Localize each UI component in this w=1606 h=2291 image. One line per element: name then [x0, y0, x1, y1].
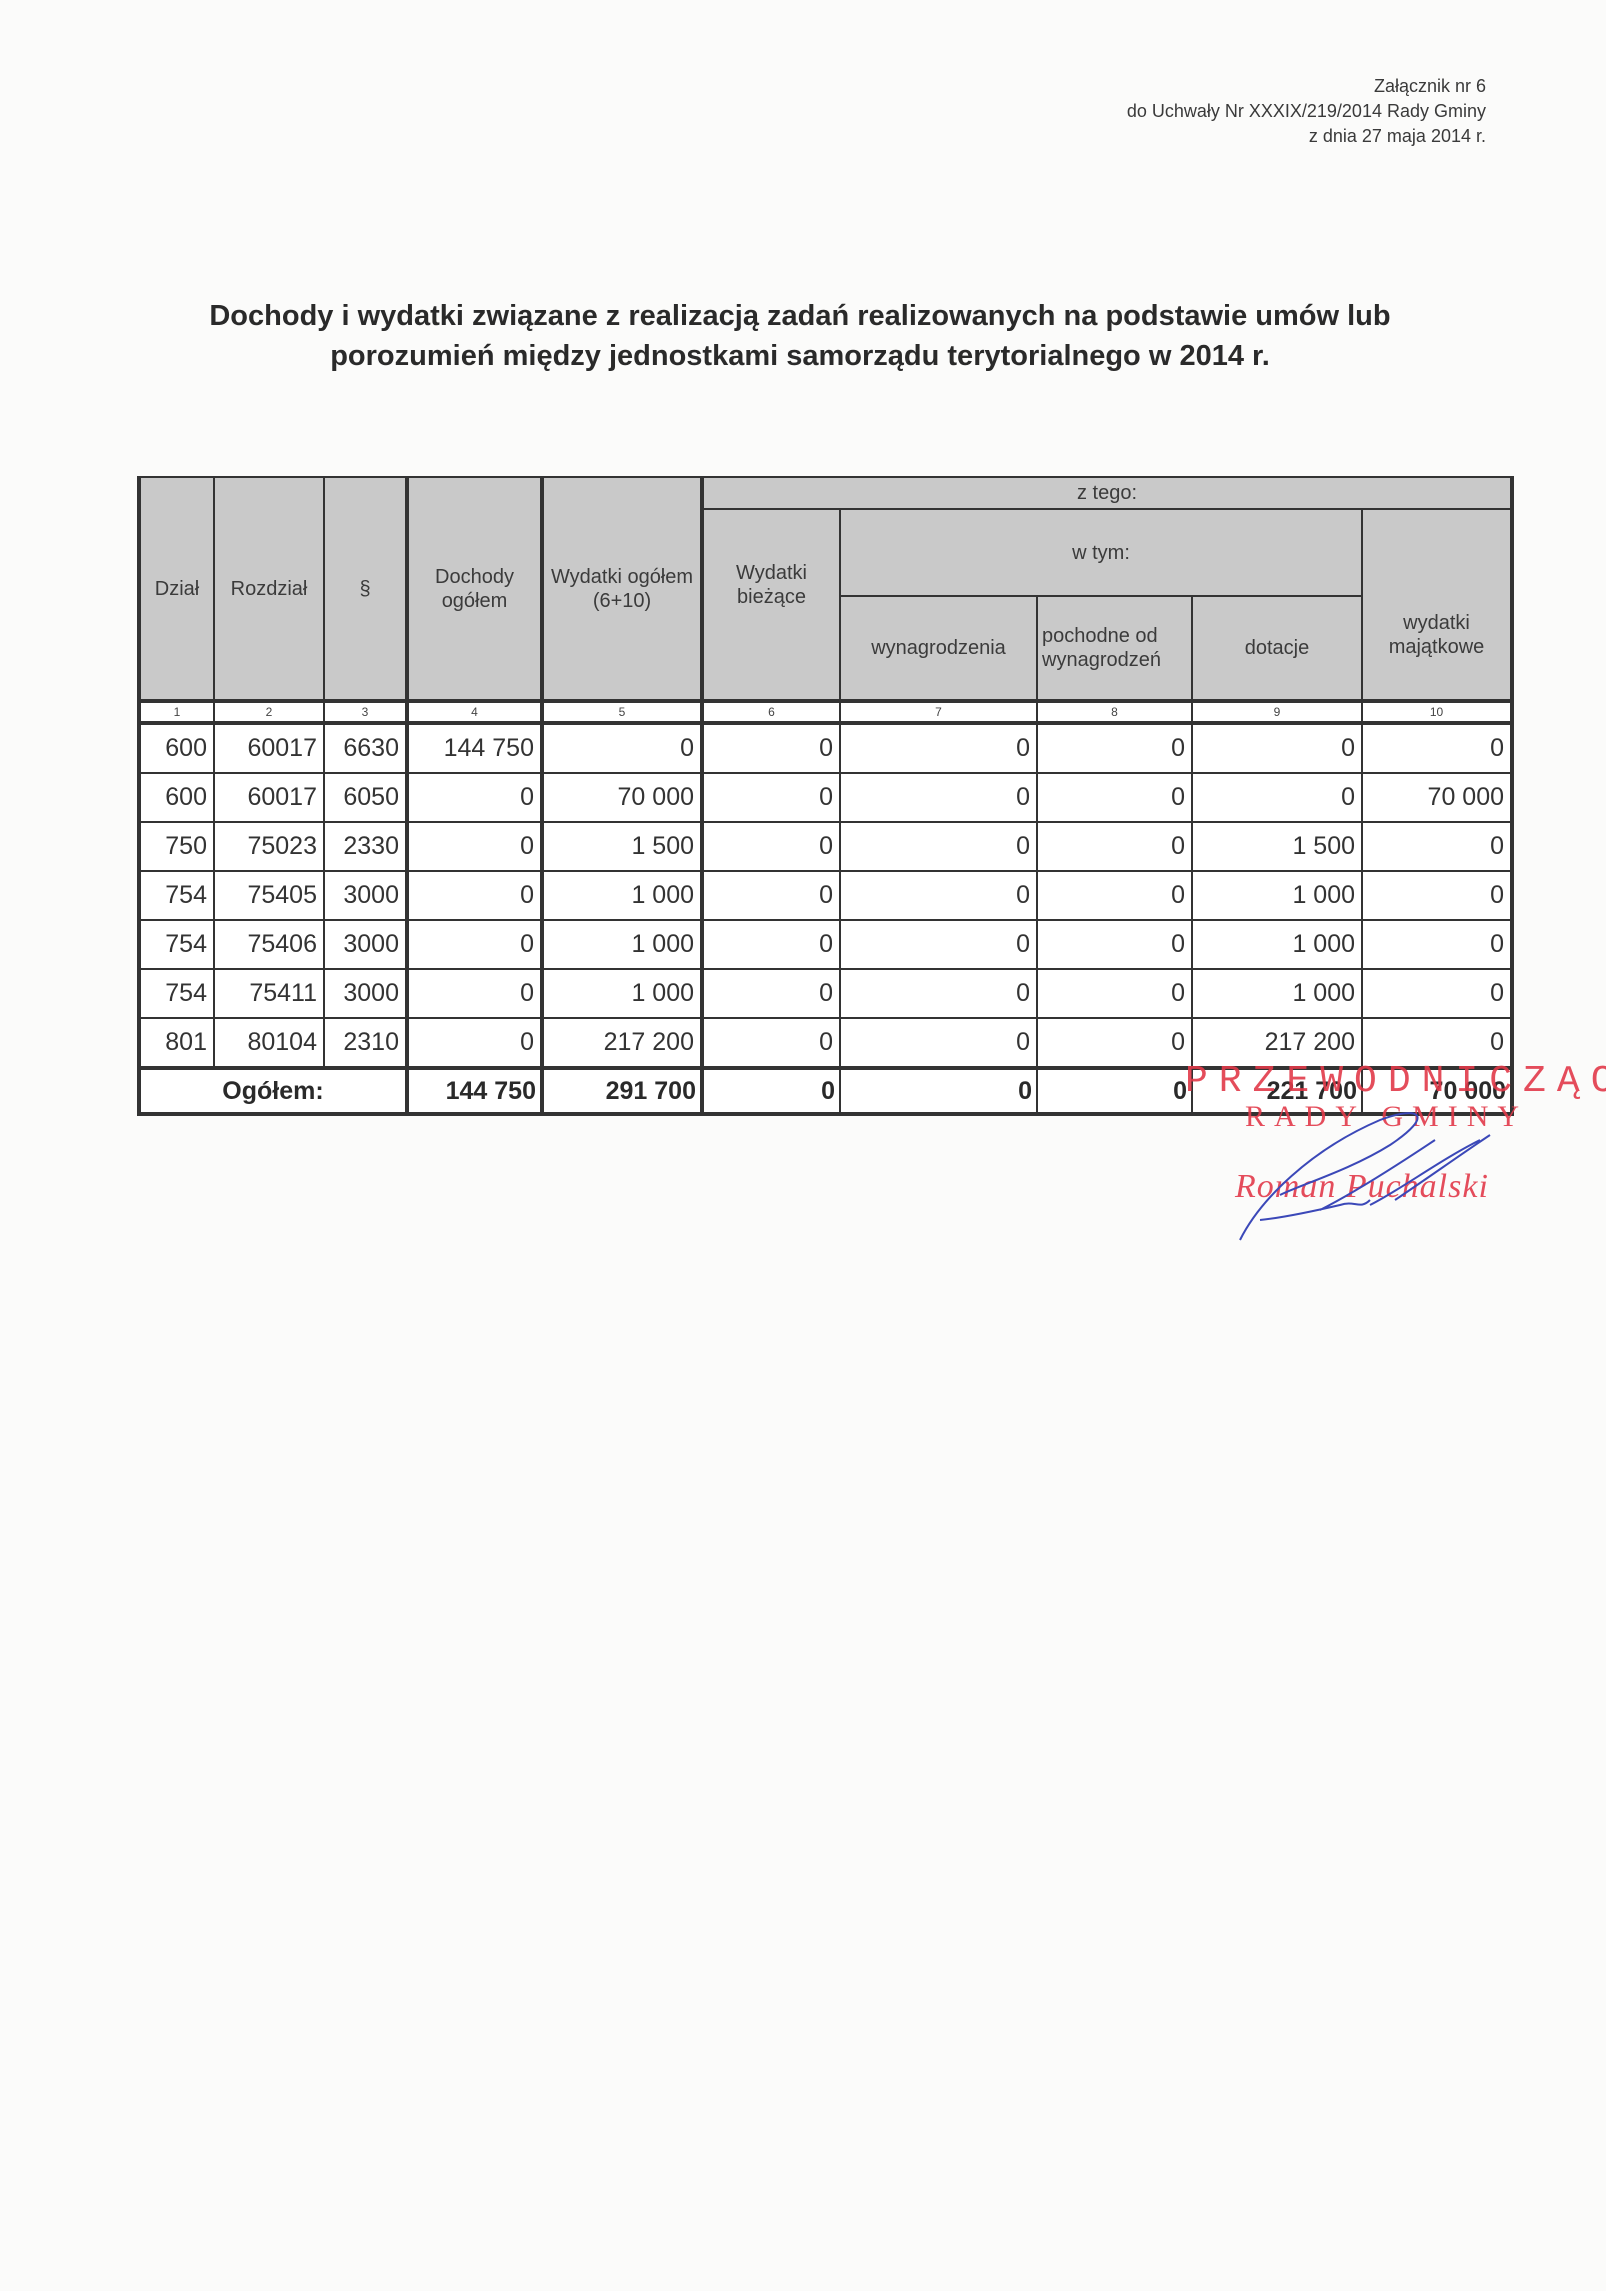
table-row: 75475411300001 0000001 0000: [139, 969, 1512, 1018]
table-cell: 0: [407, 1018, 542, 1068]
table-cell: 0: [702, 1018, 840, 1068]
table-cell: 3000: [324, 969, 407, 1018]
table-cell: 0: [1037, 871, 1192, 920]
header-paragraf: §: [324, 477, 407, 701]
table-cell: 0: [1362, 723, 1512, 773]
column-number: 9: [1192, 701, 1362, 723]
header-w-tym: w tym:: [840, 509, 1362, 596]
table-cell: 750: [139, 822, 214, 871]
column-number: 8: [1037, 701, 1192, 723]
header-dochody-ogolem: Dochody ogółem: [407, 477, 542, 701]
table-cell: 0: [1037, 969, 1192, 1018]
column-number: 3: [324, 701, 407, 723]
table-cell: 0: [840, 1018, 1037, 1068]
table-cell: 3000: [324, 871, 407, 920]
table-cell: 1 000: [1192, 920, 1362, 969]
table-cell: 0: [1192, 723, 1362, 773]
table-cell: 0: [1362, 822, 1512, 871]
table-cell: 1 000: [542, 969, 702, 1018]
table-row: 75475405300001 0000001 0000: [139, 871, 1512, 920]
table-cell: 600: [139, 723, 214, 773]
total-cell: 0: [1037, 1068, 1192, 1114]
table-cell: 600: [139, 773, 214, 822]
table-cell: 0: [840, 871, 1037, 920]
table-cell: 0: [1037, 1018, 1192, 1068]
table-cell: 0: [1362, 969, 1512, 1018]
table-cell: 6630: [324, 723, 407, 773]
table-cell: 754: [139, 871, 214, 920]
table-cell: 0: [1192, 773, 1362, 822]
column-number-row: 12345678910: [139, 701, 1512, 723]
table-cell: 6050: [324, 773, 407, 822]
title-line-2: porozumień między jednostkami samorządu …: [100, 336, 1500, 376]
header-rozdzial: Rozdział: [214, 477, 324, 701]
table-cell: 0: [407, 773, 542, 822]
table-cell: 60017: [214, 773, 324, 822]
column-number: 1: [139, 701, 214, 723]
annex-number: Załącznik nr 6: [1127, 74, 1486, 99]
table-cell: 754: [139, 969, 214, 1018]
table-cell: 70 000: [1362, 773, 1512, 822]
table-cell: 0: [1362, 920, 1512, 969]
column-number: 4: [407, 701, 542, 723]
table-cell: 0: [840, 773, 1037, 822]
header-wydatki-ogolem: Wydatki ogółem (6+10): [542, 477, 702, 701]
resolution-date: z dnia 27 maja 2014 r.: [1127, 124, 1486, 149]
total-cell: 291 700: [542, 1068, 702, 1114]
table-row: 600600176630144 750000000: [139, 723, 1512, 773]
table-cell: 80104: [214, 1018, 324, 1068]
table-cell: 1 000: [542, 871, 702, 920]
column-number: 7: [840, 701, 1037, 723]
table-cell: 3000: [324, 920, 407, 969]
table-row: 75475406300001 0000001 0000: [139, 920, 1512, 969]
column-number: 10: [1362, 701, 1512, 723]
header-z-tego: z tego:: [702, 477, 1512, 509]
table-cell: 0: [702, 920, 840, 969]
total-cell: 144 750: [407, 1068, 542, 1114]
total-cell: 0: [840, 1068, 1037, 1114]
stamp-title: PRZEWODNICZĄCY: [1185, 1060, 1606, 1103]
table-cell: 75406: [214, 920, 324, 969]
column-number: 5: [542, 701, 702, 723]
column-number: 6: [702, 701, 840, 723]
table-cell: 0: [840, 723, 1037, 773]
title-line-1: Dochody i wydatki związane z realizacją …: [100, 296, 1500, 336]
handwritten-signature-icon: [1220, 1100, 1540, 1250]
total-label: Ogółem:: [139, 1068, 407, 1114]
table-cell: 0: [1362, 871, 1512, 920]
table-cell: 2310: [324, 1018, 407, 1068]
table-row: 75075023233001 5000001 5000: [139, 822, 1512, 871]
table-cell: 1 500: [542, 822, 702, 871]
table-cell: 0: [407, 920, 542, 969]
table-cell: 75405: [214, 871, 324, 920]
table-cell: 1 000: [1192, 871, 1362, 920]
table-cell: 144 750: [407, 723, 542, 773]
table-cell: 1 000: [542, 920, 702, 969]
budget-table: Dział Rozdział § Dochody ogółem Wydatki …: [137, 476, 1514, 1116]
table-cell: 0: [407, 969, 542, 1018]
table-row: 600600176050070 000000070 000: [139, 773, 1512, 822]
table-cell: 217 200: [542, 1018, 702, 1068]
table-cell: 2330: [324, 822, 407, 871]
header-wydatki-biezace: Wydatki bieżące: [702, 509, 840, 701]
table-cell: 0: [840, 822, 1037, 871]
header-wynagrodzenia: wynagrodzenia: [840, 596, 1037, 701]
column-number: 2: [214, 701, 324, 723]
resolution-reference: do Uchwały Nr XXXIX/219/2014 Rady Gminy: [1127, 99, 1486, 124]
document-title: Dochody i wydatki związane z realizacją …: [100, 296, 1500, 376]
table-cell: 0: [702, 723, 840, 773]
header-wydatki-majatkowe: wydatki majątkowe: [1362, 509, 1512, 701]
table-cell: 0: [702, 773, 840, 822]
table-cell: 0: [1037, 773, 1192, 822]
table-cell: 0: [407, 871, 542, 920]
header-pochodne: pochodne od wynagrodzeń: [1037, 596, 1192, 701]
table-cell: 60017: [214, 723, 324, 773]
header-dzial: Dział: [139, 477, 214, 701]
table-cell: 1 500: [1192, 822, 1362, 871]
table-cell: 801: [139, 1018, 214, 1068]
table-cell: 70 000: [542, 773, 702, 822]
table-cell: 0: [1037, 822, 1192, 871]
table-cell: 0: [840, 969, 1037, 1018]
table-cell: 0: [702, 822, 840, 871]
table-cell: 75411: [214, 969, 324, 1018]
table-cell: 0: [1037, 723, 1192, 773]
table-cell: 0: [407, 822, 542, 871]
table-cell: 754: [139, 920, 214, 969]
table-cell: 1 000: [1192, 969, 1362, 1018]
annex-reference: Załącznik nr 6 do Uchwały Nr XXXIX/219/2…: [1127, 74, 1486, 149]
table-cell: 0: [542, 723, 702, 773]
table-cell: 0: [840, 920, 1037, 969]
table-cell: 0: [1037, 920, 1192, 969]
table-cell: 0: [702, 871, 840, 920]
table-cell: 0: [702, 969, 840, 1018]
header-dotacje: dotacje: [1192, 596, 1362, 701]
total-cell: 0: [702, 1068, 840, 1114]
table-cell: 75023: [214, 822, 324, 871]
